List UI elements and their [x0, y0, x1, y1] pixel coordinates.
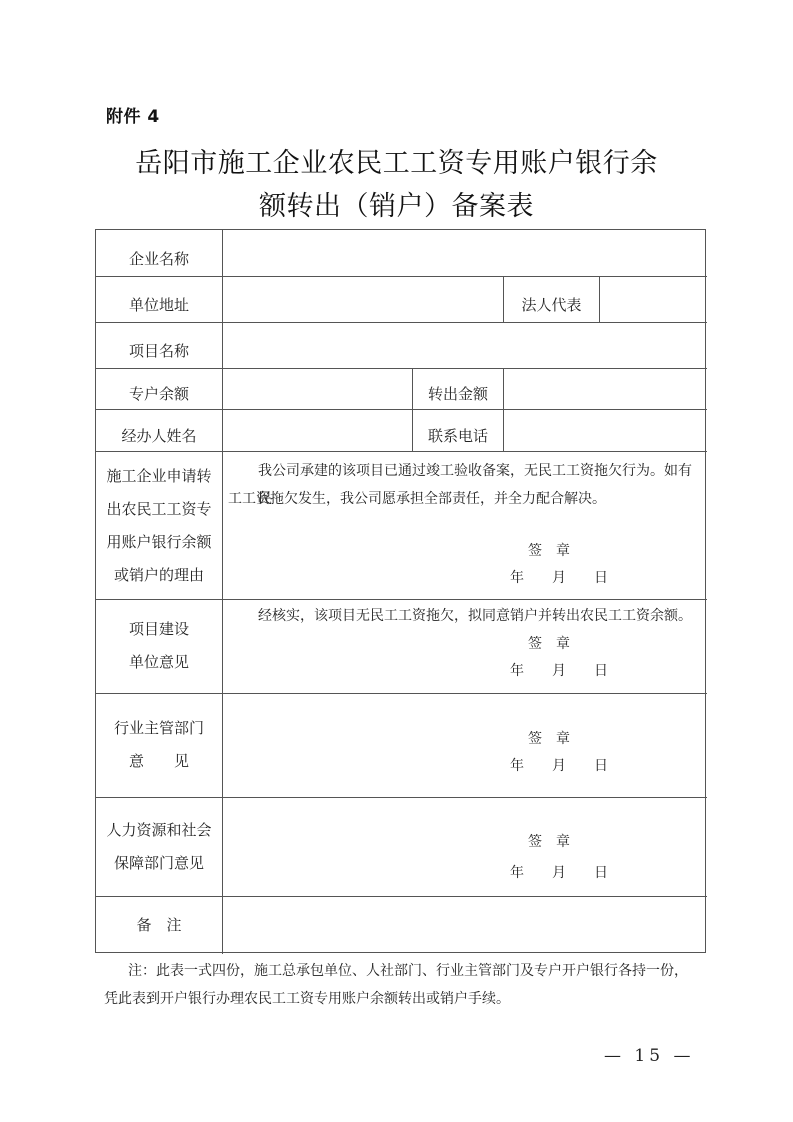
- label-line: 或销户的理由: [114, 559, 204, 592]
- filing-form-table: 企业名称 单位地址 法人代表 项目名称 专户余额 转出金额 经办人姓名 联系电话…: [95, 229, 706, 953]
- construction-unit-signature-seal[interactable]: 签 章: [528, 633, 570, 653]
- hr-signature-seal[interactable]: 签 章: [528, 831, 570, 851]
- industry-dept-opinion-label: 行业主管部门 意 见: [96, 693, 222, 797]
- label-line: 保障部门意见: [114, 847, 204, 880]
- hr-date[interactable]: 年 月 日: [510, 862, 608, 882]
- applicant-reason-label: 施工企业申请转 出农民工工资专 用账户银行余额 或销户的理由: [96, 451, 222, 601]
- form-title-line1: 岳阳市施工企业农民工工资专用账户银行余: [0, 141, 793, 180]
- construction-unit-opinion-label: 项目建设 单位意见: [96, 599, 222, 693]
- label-line: 行业主管部门: [114, 712, 204, 745]
- applicant-date[interactable]: 年 月 日: [510, 567, 608, 587]
- footnote-line2: 凭此表到开户银行办理农民工工资专用账户余额转出或销户手续。: [104, 988, 510, 1008]
- form-title-line2: 额转出（销户）备案表: [0, 184, 793, 223]
- label-line: 人力资源和社会: [106, 814, 211, 847]
- industry-dept-date[interactable]: 年 月 日: [510, 755, 608, 775]
- label-line: 项目建设: [129, 613, 189, 646]
- remarks-field[interactable]: [223, 896, 705, 952]
- attachment-label: 附件 4: [106, 102, 160, 127]
- project-name-field[interactable]: [223, 322, 705, 368]
- construction-unit-opinion-text: 经核实，该项目无民工工资拖欠，拟同意销户并转出农民工工资余额。: [258, 602, 692, 630]
- transfer-amount-field[interactable]: [504, 368, 705, 409]
- remarks-label: 备 注: [96, 896, 222, 952]
- label-line: 用账户银行余额: [106, 526, 211, 559]
- label-line: 施工企业申请转: [106, 460, 211, 493]
- applicant-signature-seal[interactable]: 签 章: [528, 540, 570, 560]
- legal-rep-field[interactable]: [600, 276, 705, 322]
- construction-unit-date[interactable]: 年 月 日: [510, 660, 608, 680]
- company-name-field[interactable]: [223, 230, 705, 276]
- contact-phone-label: 联系电话: [413, 409, 503, 461]
- industry-dept-signature-seal[interactable]: 签 章: [528, 728, 570, 748]
- label-line: 意 见: [129, 745, 189, 778]
- label-line: 单位意见: [129, 646, 189, 679]
- contact-phone-field[interactable]: [504, 409, 705, 451]
- account-balance-field[interactable]: [223, 368, 412, 409]
- address-field[interactable]: [223, 276, 503, 322]
- hr-social-security-opinion-label: 人力资源和社会 保障部门意见: [96, 797, 222, 896]
- handler-name-field[interactable]: [223, 409, 412, 451]
- label-line: 出农民工工资专: [106, 493, 211, 526]
- page-number: — 15 —: [604, 1046, 694, 1066]
- applicant-statement-line2: 工工资拖欠发生，我公司愿承担全部责任，并全力配合解决。: [228, 485, 606, 513]
- footnote-line1: 注：此表一式四份，施工总承包单位、人社部门、行业主管部门及专户开户银行各持一份，: [128, 960, 688, 980]
